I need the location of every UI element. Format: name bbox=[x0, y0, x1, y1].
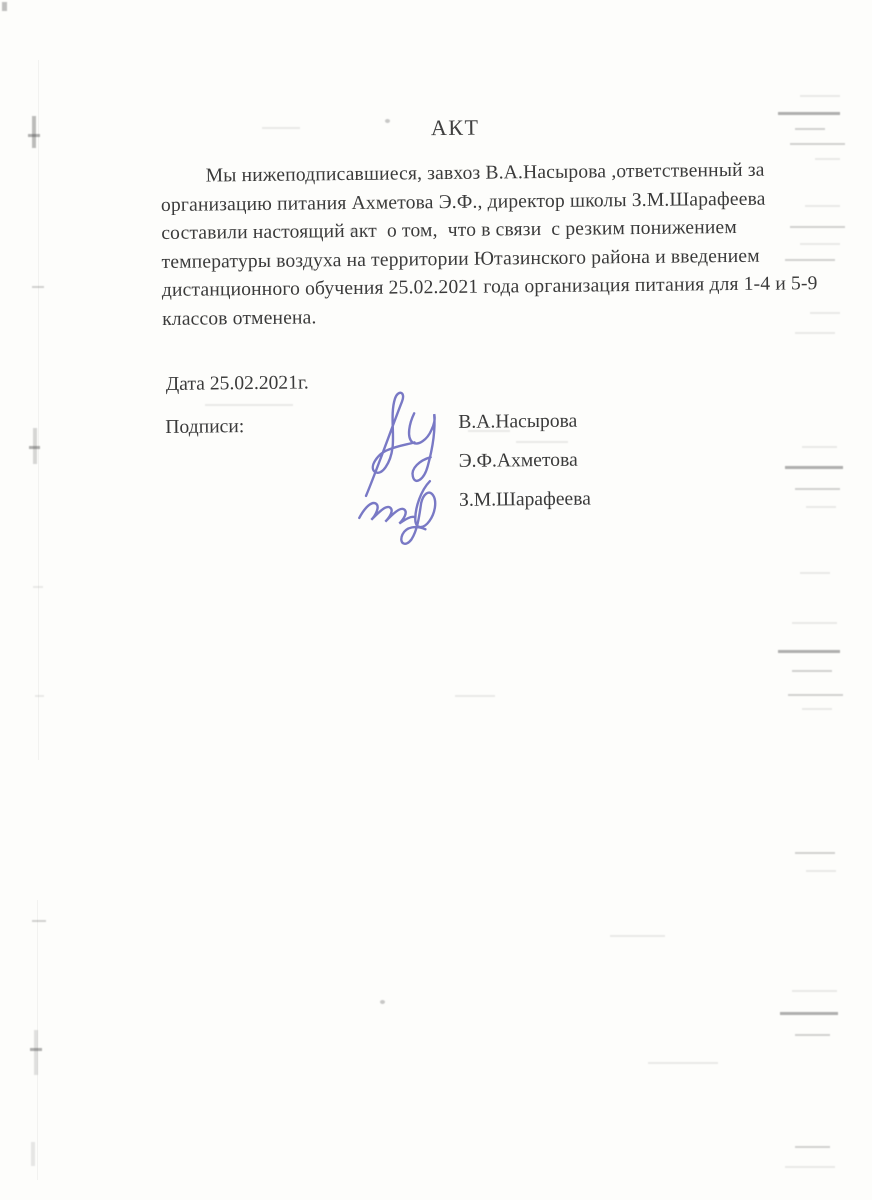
scan-noise bbox=[32, 286, 44, 288]
scan-noise bbox=[806, 870, 836, 872]
scan-noise bbox=[802, 708, 832, 710]
scan-noise bbox=[790, 226, 845, 228]
scan-noise bbox=[795, 332, 835, 334]
scan-noise bbox=[385, 119, 390, 123]
scan-noise bbox=[31, 1142, 35, 1166]
scan-noise bbox=[802, 446, 837, 448]
scan-noise bbox=[28, 134, 40, 137]
scan-noise bbox=[648, 1062, 718, 1064]
signatures-label: Подписи: bbox=[165, 416, 244, 439]
scan-noise bbox=[34, 1030, 38, 1075]
scan-noise bbox=[785, 259, 835, 261]
scanned-document-page: АКТ Мы нижеподписавшиеся, завхоз В.А.Нас… bbox=[0, 0, 872, 1200]
scan-noise bbox=[516, 441, 568, 443]
scan-noise bbox=[785, 1166, 835, 1168]
scan-noise bbox=[795, 1146, 830, 1148]
scan-noise bbox=[468, 430, 510, 432]
scan-noise bbox=[262, 127, 300, 129]
scan-noise bbox=[800, 95, 840, 97]
document-title: АКТ bbox=[160, 111, 792, 144]
scan-noise bbox=[795, 488, 840, 490]
scan-noise bbox=[32, 116, 36, 148]
scan-noise bbox=[795, 1034, 830, 1036]
scan-noise bbox=[790, 143, 845, 145]
scan-noise bbox=[30, 1048, 42, 1051]
scan-noise bbox=[795, 128, 825, 130]
scan-noise bbox=[32, 920, 46, 922]
scan-noise bbox=[795, 852, 835, 854]
scan-noise bbox=[350, 228, 355, 232]
handwritten-signature-icon bbox=[354, 473, 455, 550]
scan-noise bbox=[38, 60, 39, 760]
scan-noise bbox=[805, 205, 840, 207]
scan-noise bbox=[380, 1000, 385, 1004]
scan-noise bbox=[35, 695, 44, 697]
scan-noise bbox=[780, 1012, 838, 1015]
signatory-name: Э.Ф.Ахметова bbox=[459, 450, 578, 473]
scan-noise bbox=[455, 695, 495, 697]
signatory-name: З.М.Шарафеева bbox=[459, 489, 591, 512]
scan-noise bbox=[2, 2, 7, 11]
scan-noise bbox=[792, 670, 832, 672]
scan-noise bbox=[800, 572, 830, 574]
scan-noise bbox=[610, 935, 665, 937]
handwritten-signature-icon bbox=[351, 383, 462, 502]
scan-noise bbox=[785, 466, 843, 469]
scan-noise bbox=[792, 990, 837, 992]
scan-noise bbox=[788, 694, 843, 696]
scan-noise bbox=[810, 312, 840, 314]
scan-noise bbox=[33, 586, 43, 588]
scan-noise bbox=[29, 446, 40, 449]
body-line: классов отменена. bbox=[162, 299, 802, 334]
scan-noise bbox=[792, 622, 837, 624]
document-body-paragraph: Мы нижеподписавшиеся, завхоз В.А.Насыров… bbox=[161, 156, 803, 334]
scan-noise bbox=[806, 506, 836, 508]
scan-noise bbox=[778, 112, 840, 115]
scan-noise bbox=[815, 158, 840, 160]
scan-noise bbox=[800, 243, 840, 245]
date-line: Дата 25.02.2021г. bbox=[166, 372, 309, 395]
document-content: АКТ Мы нижеподписавшиеся, завхоз В.А.Нас… bbox=[160, 105, 800, 112]
scan-noise bbox=[205, 404, 293, 406]
scan-noise bbox=[778, 650, 840, 653]
